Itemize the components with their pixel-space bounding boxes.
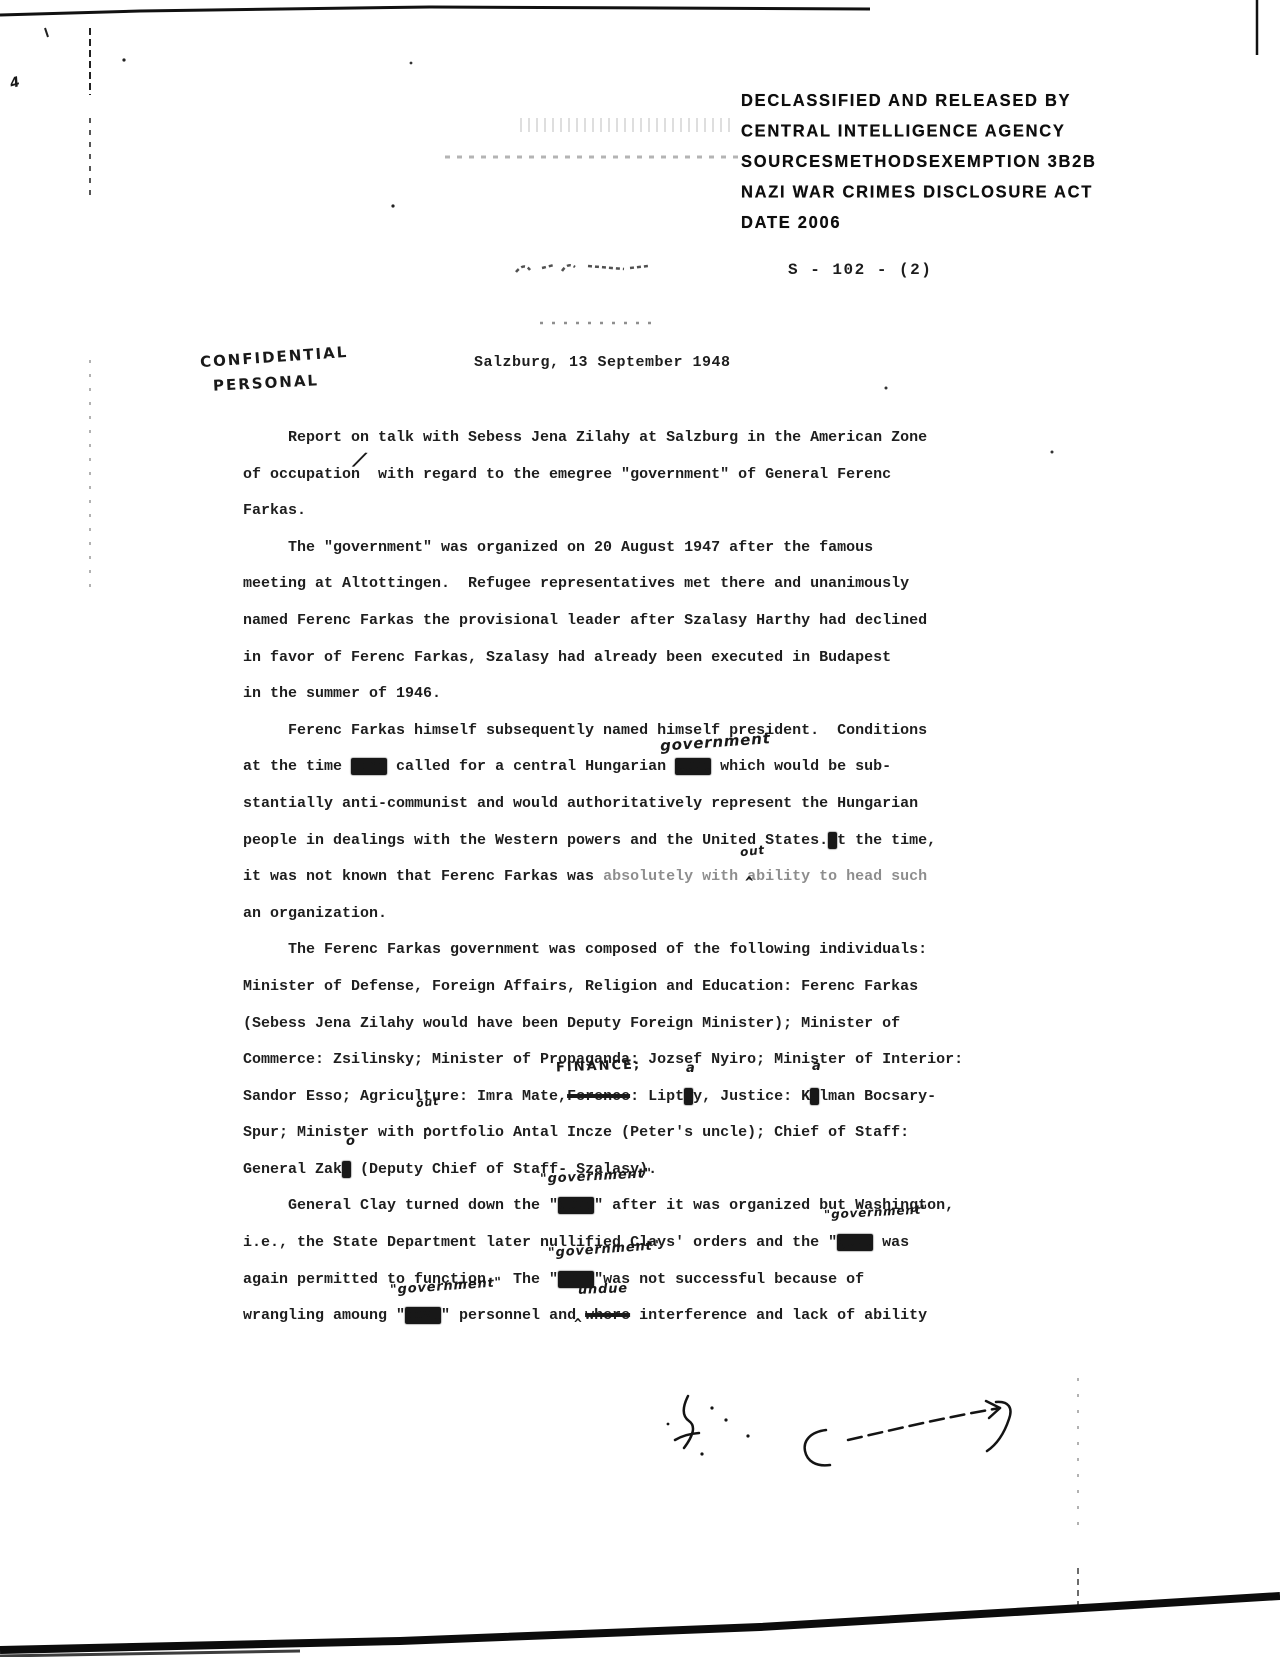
typed-text: meeting at Altottingen. Refugee represen… [243,575,909,592]
stray-mark [391,204,394,207]
typed-text: "was not successful because of [594,1271,864,1288]
stamp-line: CENTRAL INTELLIGENCE AGENCY [741,116,1097,146]
typed-text: was [873,1234,909,1251]
typed-text: Spur; Minister with portfolio Antal Incz… [243,1124,909,1141]
blotted-word: time [351,758,387,775]
document-line: stantially anti-communist and would auth… [243,786,1003,823]
document-line: an organization. [243,896,1003,933]
typed-text: The Ferenc Farkas government was compose… [243,941,927,958]
handwritten-undue: undue [578,1282,628,1297]
struck-word: where [585,1307,630,1324]
stray-mark [45,28,48,37]
classification-confidential: CONFIDENTIAL [200,345,349,370]
handwritten-out: out [739,844,765,859]
typed-text: at the time [243,758,351,775]
typed-text: (Sebess Jena Zilahy would have been Depu… [243,1015,900,1032]
typed-text: wrangling amoung " [243,1307,405,1324]
blotted-word: govt [558,1197,594,1214]
typed-text: it was not known that Ferenc Farkas was [243,868,603,885]
stamp-line: SOURCESMETHODSEXEMPTION 3B2B [741,147,1097,177]
stray-mark [122,58,125,61]
scan-edge-bottom [0,1596,1280,1650]
document-line: meeting at Altottingen. Refugee represen… [243,566,1003,603]
document-line: Minister of Defense, Foreign Affairs, Re… [243,969,1003,1006]
typed-text: General Zak [243,1161,342,1178]
typed-text: absolutely with ability to head such [603,868,927,885]
faint-smudge [516,265,648,272]
document-line: named Ferenc Farkas the provisional lead… [243,603,1003,640]
handwritten-scribble [667,1396,1011,1465]
document-line: Farkas. [243,493,1003,530]
typed-text: which would be sub- [711,758,891,775]
handwritten-out: out [415,1096,439,1109]
document-line: Report on talk with Sebess Jena Zilahy a… [243,420,1003,457]
stray-mark [410,62,413,65]
document-number: S - 102 - (2) [788,261,932,279]
classification-personal: PERSONAL [213,373,320,394]
blotted-word: govt [837,1234,873,1251]
blotted-word: a [810,1088,819,1105]
typed-text: named Ferenc Farkas the provisional lead… [243,612,927,629]
document-line: it was not known that Ferenc Farkas was … [243,859,1003,896]
typed-text: Farkas. [243,502,306,519]
insert-caret: ^ [424,1127,432,1140]
typed-text: stantially anti-communist and would auth… [243,795,918,812]
stamp-line: NAZI WAR CRIMES DISCLOSURE ACT [741,177,1097,207]
handwritten-a: a [812,1060,822,1073]
typed-text: interference and lack of ability [630,1307,927,1324]
document-line: (Sebess Jena Zilahy would have been Depu… [243,1006,1003,1043]
struck-word: Forence [567,1088,630,1105]
typed-text: of occupation with regard to the emegree… [243,466,891,483]
stray-mark [1051,451,1054,454]
declassification-stamp: DECLASSIFIED AND RELEASED BY CENTRAL INT… [741,86,1097,238]
handwritten-o: o [346,1135,356,1148]
typed-text: in the summer of 1946. [243,685,441,702]
typed-text: t the time, [837,832,936,849]
handwritten-a: a [686,1062,696,1075]
handwritten-mark: 4 [8,75,22,91]
typed-text: an organization. [243,905,387,922]
typed-text: The "government" was organized on 20 Aug… [243,539,873,556]
document-line: The "government" was organized on 20 Aug… [243,530,1003,567]
dateline: Salzburg, 13 September 1948 [474,354,731,371]
stamp-line: DECLASSIFIED AND RELEASED BY [741,86,1097,116]
typed-text: Sandor Esso; Agriculture: Imra Mate, [243,1088,567,1105]
scan-edge-bottom [0,1651,300,1656]
typed-text: called for a central Hungarian [387,758,675,775]
document-line: Sandor Esso; Agriculture: Imra Mate,Fore… [243,1079,1003,1116]
document-line: Ferenc Farkas himself subsequently named… [243,713,1003,750]
typed-text: Report on talk with Sebess Jena Zilahy a… [243,429,927,446]
document-line: people in dealings with the Western powe… [243,823,1003,860]
typed-text: i.e., the State Department later nullifi… [243,1234,837,1251]
handwritten-finance: FINANCE; [556,1059,642,1075]
insert-caret: ^ [745,876,753,890]
blotted-word: govt [405,1307,441,1324]
typed-text: Minister of Defense, Foreign Affairs, Re… [243,978,918,995]
document-line: in favor of Ferenc Farkas, Szalasy had a… [243,640,1003,677]
blotted-word: A [828,832,837,849]
document-body: Report on talk with Sebess Jena Zilahy a… [243,420,1003,1335]
scanned-document-page: DECLASSIFIED AND RELEASED BY CENTRAL INT… [0,0,1280,1657]
stray-mark [885,387,888,390]
scan-edge-top [0,7,870,15]
document-line: in the summer of 1946. [243,676,1003,713]
typed-text: in favor of Ferenc Farkas, Szalasy had a… [243,649,891,666]
document-line: at the time time called for a central Hu… [243,749,1003,786]
typed-text: lman Bocsary- [819,1088,936,1105]
typed-text: : Lipt [630,1088,684,1105]
stamp-line: DATE 2006 [741,208,1097,238]
typed-text: Ferenc Farkas himself subsequently named… [243,722,927,739]
typed-text: " personnel and [441,1307,585,1324]
document-line: wrangling amoung "govt" personnel and wh… [243,1298,1003,1335]
typed-text: y, Justice: K [693,1088,810,1105]
typed-text: General Clay turned down the " [243,1197,558,1214]
document-line: The Ferenc Farkas government was compose… [243,932,1003,969]
insert-caret: ^ [678,768,687,783]
blotted-word: u [342,1161,351,1178]
insert-caret: ^ [574,1318,582,1331]
document-line: Spur; Minister with portfolio Antal Incz… [243,1115,1003,1152]
blotted-word: a [684,1088,693,1105]
